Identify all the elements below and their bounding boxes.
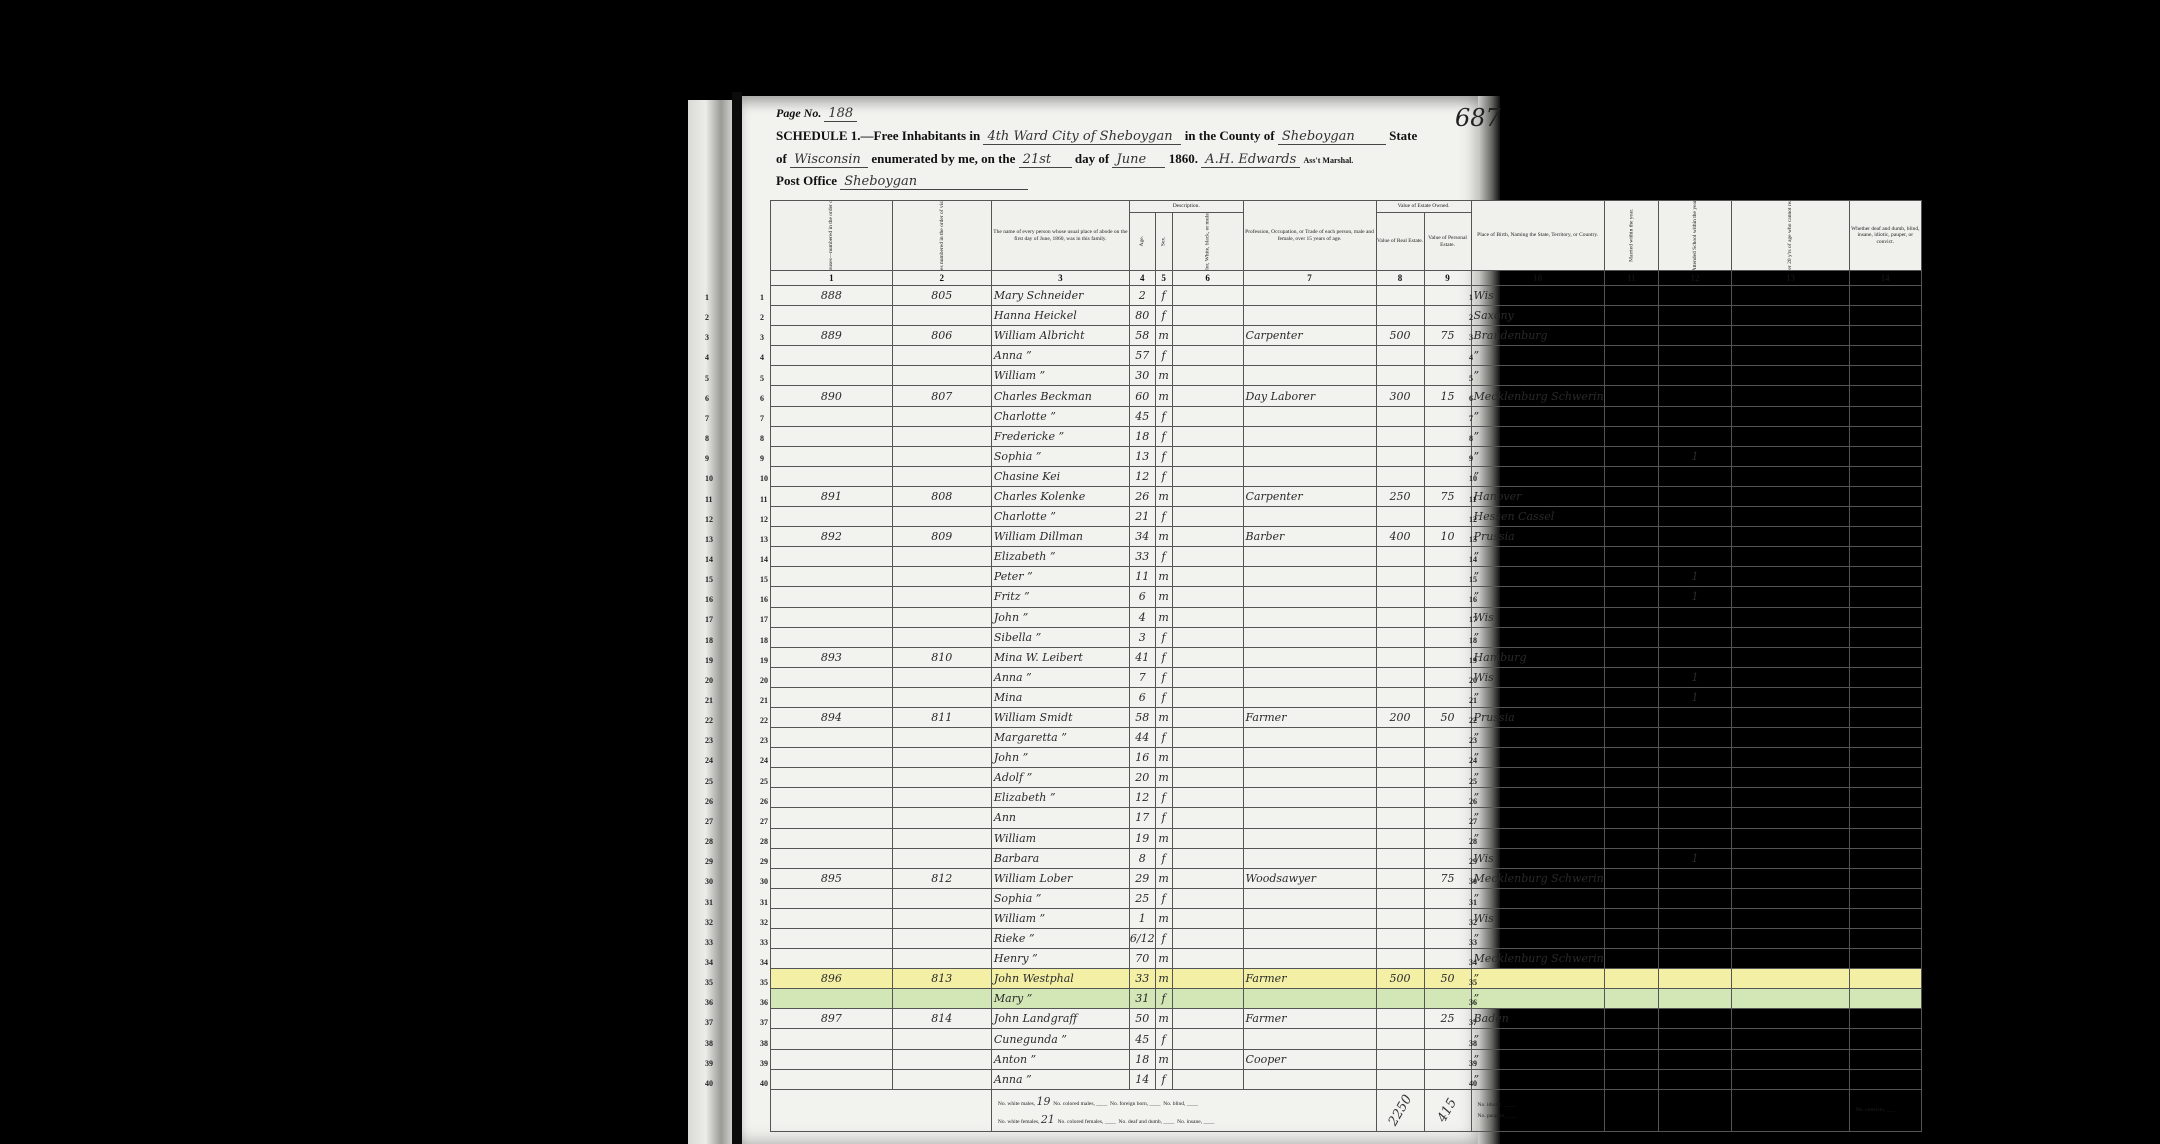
sex: m	[1155, 768, 1172, 788]
line-number: 6	[1469, 394, 1473, 403]
birthplace: Hanover	[1471, 486, 1604, 506]
dwelling-number: 888	[771, 286, 893, 306]
attended-school	[1658, 888, 1731, 908]
married-within-year	[1604, 1029, 1658, 1049]
married-within-year	[1604, 587, 1658, 607]
line-number: 12	[760, 515, 768, 524]
binding-line-number: 2	[705, 313, 709, 322]
cannot-read-write	[1732, 687, 1850, 707]
sex: m	[1155, 908, 1172, 928]
personal-estate-value	[1424, 466, 1471, 486]
line-number: 1	[1469, 293, 1473, 302]
sex: m	[1155, 567, 1172, 587]
color	[1172, 1009, 1243, 1029]
header-color-label: Color, White, black, or mulatto.	[1204, 213, 1211, 271]
condition	[1849, 808, 1921, 828]
day-of-label: day of	[1075, 151, 1109, 166]
line-number: 14	[1469, 555, 1477, 564]
cannot-read-write	[1732, 728, 1850, 748]
attended-school	[1658, 1029, 1731, 1049]
married-within-year	[1604, 1069, 1658, 1089]
table-row: Adolf ”20m”	[771, 768, 1922, 788]
birthplace: ”	[1471, 587, 1604, 607]
birthplace: ”	[1471, 406, 1604, 426]
occupation	[1243, 1029, 1376, 1049]
cannot-read-write	[1732, 547, 1850, 567]
binding-line-number: 24	[705, 756, 713, 765]
birthplace: Wis	[1471, 908, 1604, 928]
line-number: 23	[1469, 736, 1477, 745]
line-number: 30	[760, 877, 768, 886]
occupation	[1243, 908, 1376, 928]
occupation	[1243, 647, 1376, 667]
age: 25	[1129, 888, 1155, 908]
sex: m	[1155, 386, 1172, 406]
married-within-year	[1604, 547, 1658, 567]
birthplace: ”	[1471, 989, 1604, 1009]
convicts-label: No. convicts,	[1856, 1107, 1885, 1113]
age: 18	[1129, 426, 1155, 446]
line-number: 35	[1469, 978, 1477, 987]
cannot-read-write	[1732, 386, 1850, 406]
person-name: Anton ”	[991, 1049, 1129, 1069]
white-males-value: 19	[1037, 1095, 1051, 1108]
header-dwelling-label: Dwelling-houses—numbered in the order of…	[828, 201, 835, 271]
sex: m	[1155, 969, 1172, 989]
header-age-label: Age.	[1139, 236, 1146, 247]
line-number: 34	[1469, 958, 1477, 967]
family-number: 808	[892, 486, 991, 506]
personal-estate-value	[1424, 446, 1471, 466]
birthplace: Prussia	[1471, 707, 1604, 727]
cannot-read-write	[1732, 527, 1850, 547]
real-estate-value	[1376, 848, 1424, 868]
condition	[1849, 848, 1921, 868]
dwelling-number	[771, 989, 893, 1009]
occupation	[1243, 446, 1376, 466]
line-number: 8	[1469, 434, 1473, 443]
binding-line-number: 37	[705, 1018, 713, 1027]
occupation	[1243, 607, 1376, 627]
header-family: Families numbered in the order of visita…	[892, 201, 991, 271]
enumeration-line: of Wisconsin enumerated by me, on the 21…	[776, 151, 1353, 168]
married-within-year	[1604, 406, 1658, 426]
age: 33	[1129, 969, 1155, 989]
sex: m	[1155, 949, 1172, 969]
age: 18	[1129, 1049, 1155, 1069]
person-name: Mina	[991, 687, 1129, 707]
line-number: 15	[1469, 575, 1477, 584]
binding-line-number: 20	[705, 676, 713, 685]
birthplace: ”	[1471, 687, 1604, 707]
line-number: 38	[1469, 1039, 1477, 1048]
cannot-read-write	[1732, 969, 1850, 989]
line-number: 10	[760, 474, 768, 483]
attended-school	[1658, 306, 1731, 326]
table-row: Cunegunda ”45f”	[771, 1029, 1922, 1049]
person-name: Barbara	[991, 848, 1129, 868]
line-number: 28	[760, 837, 768, 846]
person-name: Charlotte ”	[991, 406, 1129, 426]
dwelling-number	[771, 728, 893, 748]
occupation	[1243, 346, 1376, 366]
married-within-year	[1604, 286, 1658, 306]
table-row: Anna ”14f”	[771, 1069, 1922, 1089]
dwelling-number: 894	[771, 707, 893, 727]
line-number: 22	[760, 716, 768, 725]
age: 30	[1129, 366, 1155, 386]
real-estate-value	[1376, 306, 1424, 326]
cannot-read-write	[1732, 888, 1850, 908]
personal-estate-value	[1424, 1049, 1471, 1069]
condition	[1849, 748, 1921, 768]
occupation	[1243, 728, 1376, 748]
person-name: William Smidt	[991, 707, 1129, 727]
table-row: William19m”	[771, 828, 1922, 848]
age: 6	[1129, 687, 1155, 707]
dwelling-number	[771, 1069, 893, 1089]
birthplace: Wis	[1471, 848, 1604, 868]
white-females-label: No. white females,	[998, 1119, 1040, 1125]
schedule-label: SCHEDULE 1.—Free Inhabitants in	[776, 128, 980, 143]
sex: f	[1155, 989, 1172, 1009]
attended-school	[1658, 426, 1731, 446]
binding-line-number: 21	[705, 696, 713, 705]
person-name: Fredericke ”	[991, 426, 1129, 446]
attended-school	[1658, 547, 1731, 567]
state-value: Wisconsin	[790, 152, 868, 168]
family-number	[892, 748, 991, 768]
cannot-read-write	[1732, 607, 1850, 627]
real-estate-value	[1376, 828, 1424, 848]
condition	[1849, 346, 1921, 366]
attended-school	[1658, 989, 1731, 1009]
dwelling-number	[771, 567, 893, 587]
sex: m	[1155, 607, 1172, 627]
real-estate-value	[1376, 1069, 1424, 1089]
family-number	[892, 446, 991, 466]
header-estate-group: Value of Estate Owned.	[1376, 201, 1471, 213]
person-name: Charles Kolenke	[991, 486, 1129, 506]
birthplace: ”	[1471, 888, 1604, 908]
condition	[1849, 647, 1921, 667]
header-dwelling: Dwelling-houses—numbered in the order of…	[771, 201, 893, 271]
married-within-year	[1604, 486, 1658, 506]
sex: f	[1155, 466, 1172, 486]
cannot-read-write	[1732, 828, 1850, 848]
family-number: 814	[892, 1009, 991, 1029]
color	[1172, 486, 1243, 506]
cannot-read-write	[1732, 768, 1850, 788]
county-value: Sheboygan	[1278, 129, 1386, 145]
dwelling-number: 895	[771, 868, 893, 888]
attended-school	[1658, 607, 1731, 627]
marshal-name: A.H. Edwards	[1201, 152, 1300, 168]
colored-males-label: No. colored males,	[1053, 1101, 1095, 1107]
attended-school	[1658, 868, 1731, 888]
occupation	[1243, 426, 1376, 446]
married-within-year	[1604, 748, 1658, 768]
binding-line-number: 23	[705, 736, 713, 745]
attended-school: 1	[1658, 687, 1731, 707]
married-within-year	[1604, 567, 1658, 587]
column-number: 10	[1471, 271, 1604, 286]
occupation	[1243, 667, 1376, 687]
attended-school: 1	[1658, 587, 1731, 607]
age: 6/12	[1129, 929, 1155, 949]
line-number: 31	[760, 898, 768, 907]
real-estate-value	[1376, 768, 1424, 788]
family-number	[892, 768, 991, 788]
age: 17	[1129, 808, 1155, 828]
age: 16	[1129, 748, 1155, 768]
line-number: 40	[1469, 1079, 1477, 1088]
married-within-year	[1604, 667, 1658, 687]
condition	[1849, 507, 1921, 527]
age: 19	[1129, 828, 1155, 848]
personal-estate-value	[1424, 426, 1471, 446]
family-number	[892, 507, 991, 527]
page-no-label: Page No.	[776, 106, 821, 120]
line-number: 2	[1469, 313, 1473, 322]
header-married: Married within the year.	[1604, 201, 1658, 271]
person-name: Fritz ”	[991, 587, 1129, 607]
color	[1172, 426, 1243, 446]
birthplace: Brandenburg	[1471, 326, 1604, 346]
dwelling-number	[771, 687, 893, 707]
birthplace: Mecklenburg Schwerin	[1471, 386, 1604, 406]
binding-line-number: 5	[705, 374, 709, 383]
color	[1172, 1029, 1243, 1049]
blind-label: No. blind,	[1163, 1101, 1185, 1107]
personal-estate-total: 415	[1435, 1096, 1460, 1125]
age: 14	[1129, 1069, 1155, 1089]
table-row: Sibella ”3f”	[771, 627, 1922, 647]
attended-school	[1658, 707, 1731, 727]
married-within-year	[1604, 507, 1658, 527]
color	[1172, 929, 1243, 949]
header-illiterate: Persons over 20 y'rs of age who cannot r…	[1732, 201, 1850, 271]
line-number: 16	[1469, 595, 1477, 604]
married-within-year	[1604, 808, 1658, 828]
family-number	[892, 929, 991, 949]
occupation	[1243, 949, 1376, 969]
real-estate-value	[1376, 929, 1424, 949]
line-number: 14	[760, 555, 768, 564]
person-name: John ”	[991, 607, 1129, 627]
line-number: 39	[1469, 1059, 1477, 1068]
real-estate-value: 200	[1376, 707, 1424, 727]
color	[1172, 667, 1243, 687]
real-estate-value: 250	[1376, 486, 1424, 506]
colored-females-label: No. colored females,	[1058, 1119, 1104, 1125]
age: 12	[1129, 466, 1155, 486]
real-estate-value	[1376, 547, 1424, 567]
sex: m	[1155, 527, 1172, 547]
attended-school	[1658, 908, 1731, 928]
binding-line-number: 26	[705, 797, 713, 806]
line-number: 21	[760, 696, 768, 705]
sex: f	[1155, 1069, 1172, 1089]
personal-estate-value	[1424, 768, 1471, 788]
color	[1172, 969, 1243, 989]
table-row: Rieke ”6/12f”	[771, 929, 1922, 949]
table-row: Barbara8fWis1	[771, 848, 1922, 868]
binding-line-number: 31	[705, 898, 713, 907]
line-number: 24	[1469, 756, 1477, 765]
person-name: Sophia ”	[991, 446, 1129, 466]
sex: m	[1155, 1049, 1172, 1069]
real-estate-value	[1376, 466, 1424, 486]
attended-school	[1658, 1049, 1731, 1069]
real-estate-value	[1376, 868, 1424, 888]
birthplace: Mecklenburg Schwerin	[1471, 949, 1604, 969]
table-row: Peter ”11m”1	[771, 567, 1922, 587]
family-number: 810	[892, 647, 991, 667]
table-row: Elizabeth ”12f”	[771, 788, 1922, 808]
occupation	[1243, 687, 1376, 707]
married-within-year	[1604, 306, 1658, 326]
real-estate-value	[1376, 587, 1424, 607]
binding-line-number: 34	[705, 958, 713, 967]
sex: f	[1155, 667, 1172, 687]
married-within-year	[1604, 647, 1658, 667]
occupation	[1243, 1069, 1376, 1089]
color	[1172, 989, 1243, 1009]
line-number: 34	[760, 958, 768, 967]
sex: m	[1155, 868, 1172, 888]
real-estate-value	[1376, 748, 1424, 768]
line-number: 9	[760, 454, 764, 463]
occupation	[1243, 808, 1376, 828]
attended-school: 1	[1658, 848, 1731, 868]
cannot-read-write	[1732, 406, 1850, 426]
person-name: Sophia ”	[991, 888, 1129, 908]
condition	[1849, 607, 1921, 627]
line-number: 21	[1469, 696, 1477, 705]
column-number: 7	[1243, 271, 1376, 286]
enumerated-label: enumerated by me, on the	[871, 151, 1015, 166]
real-estate-total: 2250	[1385, 1092, 1415, 1128]
binding-line-number: 8	[705, 434, 709, 443]
attended-school	[1658, 346, 1731, 366]
sex: f	[1155, 788, 1172, 808]
condition	[1849, 627, 1921, 647]
personal-estate-value	[1424, 1069, 1471, 1089]
age: 33	[1129, 547, 1155, 567]
person-name: Cunegunda ”	[991, 1029, 1129, 1049]
table-row: 896813John Westphal33mFarmer50050”	[771, 969, 1922, 989]
age: 7	[1129, 667, 1155, 687]
personal-estate-value	[1424, 286, 1471, 306]
married-within-year	[1604, 1049, 1658, 1069]
personal-estate-value	[1424, 507, 1471, 527]
dwelling-number: 889	[771, 326, 893, 346]
header-occupation: Profession, Occupation, or Trade of each…	[1243, 201, 1376, 271]
family-number	[892, 547, 991, 567]
personal-estate-value	[1424, 667, 1471, 687]
person-name: William Albricht	[991, 326, 1129, 346]
family-number: 813	[892, 969, 991, 989]
binding-line-number: 10	[705, 474, 713, 483]
cannot-read-write	[1732, 446, 1850, 466]
attended-school	[1658, 788, 1731, 808]
occupation	[1243, 406, 1376, 426]
line-number: 29	[760, 857, 768, 866]
real-estate-value: 400	[1376, 527, 1424, 547]
family-number	[892, 587, 991, 607]
family-number	[892, 1049, 991, 1069]
year-value: 1860.	[1169, 151, 1198, 166]
occupation	[1243, 507, 1376, 527]
cannot-read-write	[1732, 1069, 1850, 1089]
occupation	[1243, 547, 1376, 567]
person-name: Rieke ”	[991, 929, 1129, 949]
line-number: 12	[1469, 515, 1477, 524]
attended-school	[1658, 366, 1731, 386]
age: 31	[1129, 989, 1155, 1009]
cannot-read-write	[1732, 989, 1850, 1009]
line-number: 24	[760, 756, 768, 765]
binding-line-number: 6	[705, 394, 709, 403]
cannot-read-write	[1732, 949, 1850, 969]
dwelling-number: 890	[771, 386, 893, 406]
personal-estate-value	[1424, 607, 1471, 627]
birthplace: ”	[1471, 969, 1604, 989]
column-number: 9	[1424, 271, 1471, 286]
line-number: 32	[1469, 918, 1477, 927]
color	[1172, 466, 1243, 486]
white-females-value: 21	[1041, 1113, 1055, 1126]
family-number	[892, 406, 991, 426]
binding-line-number: 32	[705, 918, 713, 927]
color	[1172, 527, 1243, 547]
occupation: Day Laborer	[1243, 386, 1376, 406]
table-row: 889806William Albricht58mCarpenter50075B…	[771, 326, 1922, 346]
attended-school: 1	[1658, 667, 1731, 687]
condition	[1849, 788, 1921, 808]
line-number: 36	[1469, 998, 1477, 1007]
personal-estate-value	[1424, 808, 1471, 828]
attended-school	[1658, 768, 1731, 788]
age: 20	[1129, 768, 1155, 788]
dwelling-number	[771, 808, 893, 828]
age: 45	[1129, 1029, 1155, 1049]
post-office-value: Sheboygan	[840, 174, 1028, 190]
real-estate-value	[1376, 507, 1424, 527]
condition	[1849, 1009, 1921, 1029]
sex: f	[1155, 507, 1172, 527]
column-number: 14	[1849, 271, 1921, 286]
birthplace: ”	[1471, 446, 1604, 466]
attended-school	[1658, 1069, 1731, 1089]
cannot-read-write	[1732, 748, 1850, 768]
condition	[1849, 929, 1921, 949]
married-within-year	[1604, 446, 1658, 466]
table-row: Charlotte ”21fHessen Cassel	[771, 507, 1922, 527]
birthplace: Hamburg	[1471, 647, 1604, 667]
age: 12	[1129, 788, 1155, 808]
personal-estate-value	[1424, 567, 1471, 587]
binding-line-number: 11	[705, 495, 713, 504]
sex: m	[1155, 366, 1172, 386]
age: 3	[1129, 627, 1155, 647]
married-within-year	[1604, 969, 1658, 989]
cannot-read-write	[1732, 647, 1850, 667]
person-name: Margaretta ”	[991, 728, 1129, 748]
age: 58	[1129, 326, 1155, 346]
married-within-year	[1604, 1009, 1658, 1029]
